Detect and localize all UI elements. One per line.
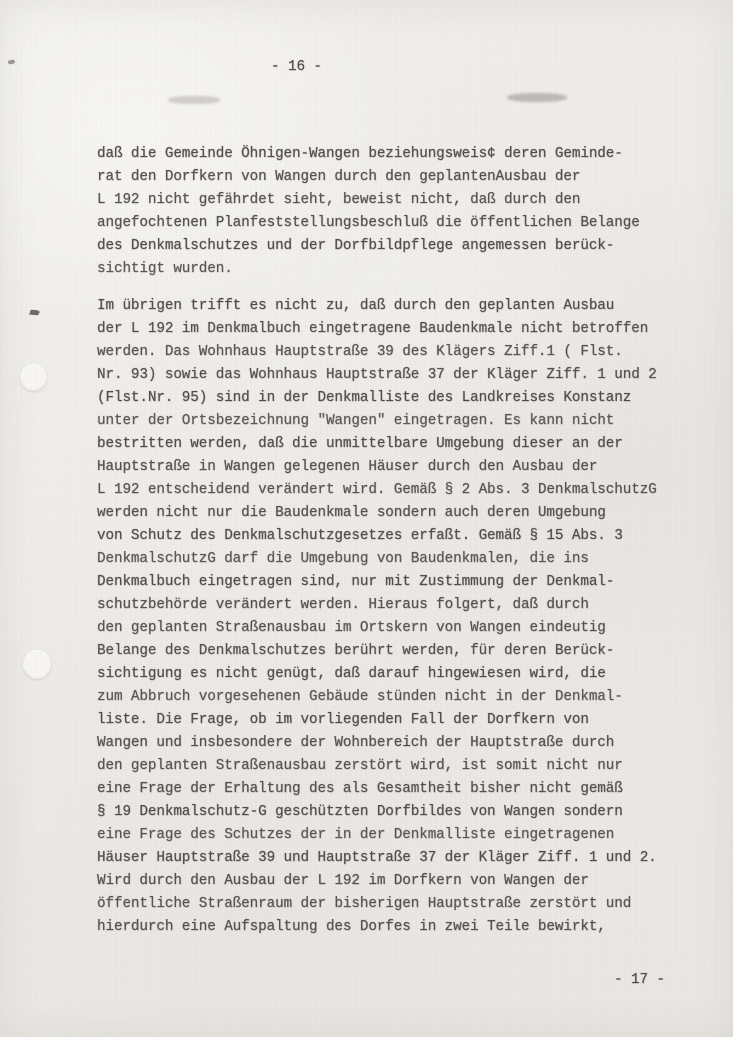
text-line: hierdurch eine Aufspaltung des Dorfes in… (97, 916, 677, 939)
ink-speck-left-margin (30, 310, 39, 316)
text-line: daß die Gemeinde Öhnigen-Wangen beziehun… (97, 143, 677, 166)
text-line: den geplanten Straßenausbau zerstört wir… (97, 755, 677, 778)
text-line: öffentliche Straßenraum der bisherigen H… (97, 893, 677, 916)
text-line: Hauptstraße in Wangen gelegenen Häuser d… (97, 456, 677, 479)
paragraph: daß die Gemeinde Öhnigen-Wangen beziehun… (97, 143, 677, 281)
text-line: unter der Ortsbezeichnung "Wangen" einge… (97, 410, 677, 433)
text-line: von Schutz des Denkmalschutzgesetzes erf… (97, 525, 677, 548)
document-body: daß die Gemeinde Öhnigen-Wangen beziehun… (97, 143, 677, 939)
text-line: Wird durch den Ausbau der L 192 im Dorfk… (97, 870, 677, 893)
text-line: werden nicht nur die Baudenkmale sondern… (97, 502, 677, 525)
text-line: (Flst.Nr. 95) sind in der Denkmalliste d… (97, 387, 677, 410)
smudge-mark-left (168, 96, 220, 104)
text-line: Denkmalbuch eingetragen sind, nur mit Zu… (97, 571, 677, 594)
paragraph: Im übrigen trifft es nicht zu, daß durch… (97, 295, 677, 939)
text-line: sichtigung es nicht genügt, daß darauf h… (97, 663, 677, 686)
text-line: Belange des Denkmalschutzes berührt werd… (97, 640, 677, 663)
text-line: liste. Die Frage, ob im vorliegenden Fal… (97, 709, 677, 732)
punch-hole-bottom (23, 650, 51, 679)
page-number-top: - 16 - (271, 56, 322, 79)
text-line: L 192 nicht gefährdet sieht, beweist nic… (97, 189, 677, 212)
text-line: DenkmalschutzG darf die Umgebung von Bau… (97, 548, 677, 571)
text-line: § 19 Denkmalschutz-G geschützten Dorfbil… (97, 801, 677, 824)
scanned-document-page: - 16 - daß die Gemeinde Öhnigen-Wangen b… (0, 0, 733, 1037)
text-line: L 192 entscheidend verändert wird. Gemäß… (97, 479, 677, 502)
text-line: sichtigt wurden. (97, 258, 677, 281)
text-line: angefochtenen Planfeststellungsbeschluß … (97, 212, 677, 235)
ink-speck-top-left-edge (8, 60, 15, 65)
text-line: zum Abbruch vorgesehenen Gebäude stünden… (97, 686, 677, 709)
smudge-mark-right (507, 93, 567, 102)
text-line: Nr. 93) sowie das Wohnhaus Hauptstraße 3… (97, 364, 677, 387)
text-line: der L 192 im Denkmalbuch eingetragene Ba… (97, 318, 677, 341)
text-line: Häuser Hauptstraße 39 und Hauptstraße 37… (97, 847, 677, 870)
text-line: den geplanten Straßenausbau im Ortskern … (97, 617, 677, 640)
text-line: Im übrigen trifft es nicht zu, daß durch… (97, 295, 677, 318)
text-line: Wangen und insbesondere der Wohnbereich … (97, 732, 677, 755)
punch-hole-top (20, 364, 47, 391)
text-line: bestritten werden, daß die unmittelbare … (97, 433, 677, 456)
text-line: rat den Dorfkern von Wangen durch den ge… (97, 166, 677, 189)
text-line: schutzbehörde verändert werden. Hieraus … (97, 594, 677, 617)
text-line: eine Frage der Erhaltung des als Gesamth… (97, 778, 677, 801)
page-number-bottom: - 17 - (614, 969, 665, 992)
text-line: werden. Das Wohnhaus Hauptstraße 39 des … (97, 341, 677, 364)
text-line: eine Frage des Schutzes der in der Denkm… (97, 824, 677, 847)
text-line: des Denkmalschutzes und der Dorfbildpfle… (97, 235, 677, 258)
